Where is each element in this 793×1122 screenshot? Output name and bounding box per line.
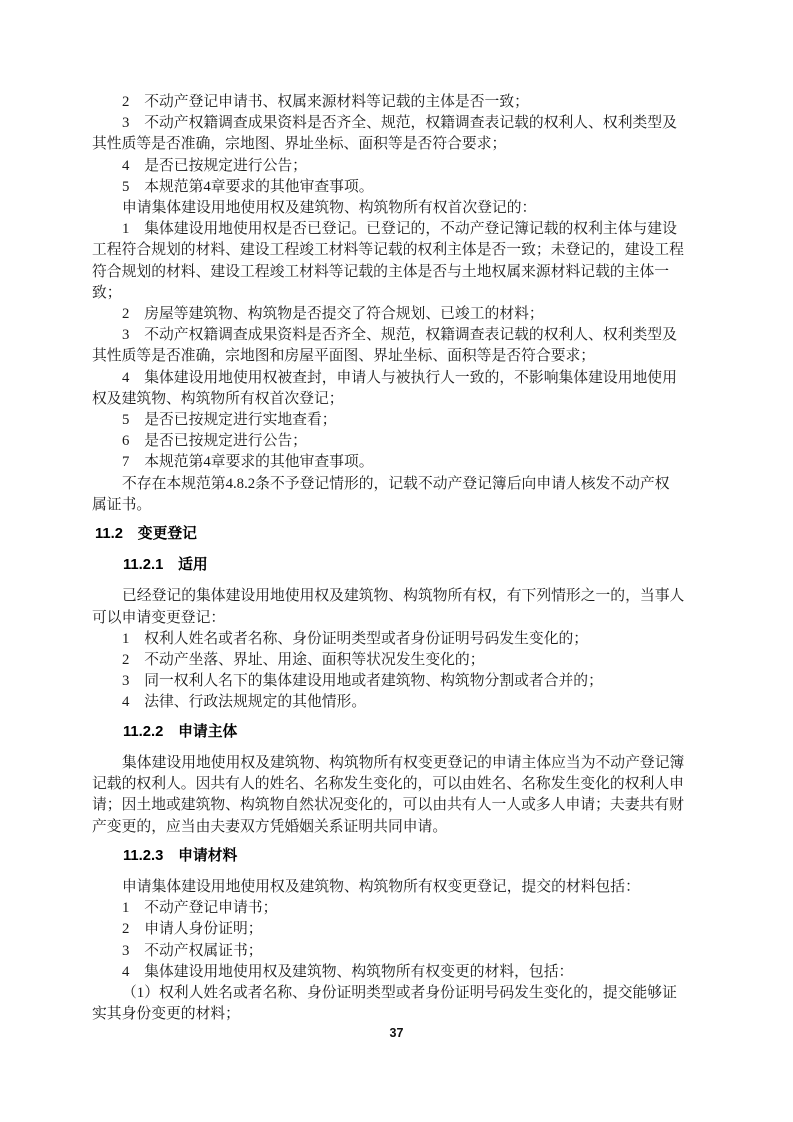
paragraph-line: 其性质等是否准确，宗地图、界址坐标、面积等是否符合要求； xyxy=(92,134,697,155)
paragraph-line: 请；因土地或建筑物、构筑物自然状况变化的，可以由共有人一人或多人申请；夫妻共有财 xyxy=(92,795,697,816)
paragraph-line: 申请集体建设用地使用权及建筑物、构筑物所有权变更登记，提交的材料包括： xyxy=(92,877,697,898)
paragraph-line: （1）权利人姓名或者名称、身份证明类型或者身份证明号码发生变化的，提交能够证 xyxy=(92,983,697,1004)
list-item-line: 1 集体建设用地使用权是否已登记。已登记的，不动产登记簿记载的权利主体与建设 xyxy=(92,219,697,240)
page-number: 37 xyxy=(0,1026,793,1040)
list-item-line: 4 法律、行政法规规定的其他情形。 xyxy=(92,692,697,713)
paragraph-line: 符合规划的材料、建设工程竣工材料等记载的主体是否与土地权属来源材料记载的主体一 xyxy=(92,262,697,283)
document-page: 2 不动产登记申请书、权属来源材料等记载的主体是否一致；3 不动产权籍调查成果资… xyxy=(0,0,793,1122)
list-item-line: 6 是否已按规定进行公告； xyxy=(92,431,697,452)
paragraph-line: 产变更的，应当由夫妻双方凭婚姻关系证明共同申请。 xyxy=(92,817,697,838)
list-item-line: 4 集体建设用地使用权及建筑物、构筑物所有权变更的材料，包括： xyxy=(92,962,697,983)
document-body: 2 不动产登记申请书、权属来源材料等记载的主体是否一致；3 不动产权籍调查成果资… xyxy=(92,92,697,1025)
paragraph-line: 工程符合规划的材料、建设工程竣工材料等记载的权利主体是否一致；未登记的，建设工程 xyxy=(92,240,697,261)
list-item-line: 4 是否已按规定进行公告； xyxy=(92,156,697,177)
list-item-line: 3 同一权利人名下的集体建设用地或者建筑物、构筑物分割或者合并的； xyxy=(92,671,697,692)
paragraph-line: 致； xyxy=(92,283,697,304)
paragraph-line: 不存在本规范第4.8.2条不予登记情形的，记载不动产登记簿后向申请人核发不动产权 xyxy=(92,474,697,495)
list-item-line: 2 不动产登记申请书、权属来源材料等记载的主体是否一致； xyxy=(92,92,697,113)
list-item-line: 3 不动产权籍调查成果资料是否齐全、规范，权籍调查表记载的权利人、权利类型及 xyxy=(92,325,697,346)
list-item-line: 7 本规范第4章要求的其他审查事项。 xyxy=(92,452,697,473)
paragraph-line: 申请集体建设用地使用权及建筑物、构筑物所有权首次登记的： xyxy=(92,198,697,219)
list-item-line: 2 申请人身份证明； xyxy=(92,919,697,940)
paragraph-line: 集体建设用地使用权及建筑物、构筑物所有权变更登记的申请主体应当为不动产登记簿 xyxy=(92,753,697,774)
paragraph-line: 属证书。 xyxy=(92,495,697,516)
list-item-line: 3 不动产权属证书； xyxy=(92,941,697,962)
list-item-line: 4 集体建设用地使用权被查封，申请人与被执行人一致的，不影响集体建设用地使用 xyxy=(92,368,697,389)
list-item-line: 3 不动产权籍调查成果资料是否齐全、规范，权籍调查表记载的权利人、权利类型及 xyxy=(92,113,697,134)
paragraph-line: 权及建筑物、构筑物所有权首次登记； xyxy=(92,389,697,410)
subsection-heading: 11.2.3 申请材料 xyxy=(92,846,697,867)
paragraph-line: 已经登记的集体建设用地使用权及建筑物、构筑物所有权，有下列情形之一的，当事人 xyxy=(92,586,697,607)
paragraph-line: 其性质等是否准确，宗地图和房屋平面图、界址坐标、面积等是否符合要求； xyxy=(92,346,697,367)
subsection-heading: 11.2.2 申请主体 xyxy=(92,722,697,743)
section-heading: 11.2 变更登记 xyxy=(92,524,697,545)
list-item-line: 5 本规范第4章要求的其他审查事项。 xyxy=(92,177,697,198)
list-item-line: 2 房屋等建筑物、构筑物是否提交了符合规划、已竣工的材料； xyxy=(92,304,697,325)
paragraph-line: 实其身份变更的材料； xyxy=(92,1004,697,1025)
subsection-heading: 11.2.1 适用 xyxy=(92,555,697,576)
list-item-line: 2 不动产坐落、界址、用途、面积等状况发生变化的； xyxy=(92,650,697,671)
list-item-line: 1 权利人姓名或者名称、身份证明类型或者身份证明号码发生变化的； xyxy=(92,629,697,650)
paragraph-line: 可以申请变更登记： xyxy=(92,608,697,629)
list-item-line: 1 不动产登记申请书； xyxy=(92,898,697,919)
paragraph-line: 记载的权利人。因共有人的姓名、名称发生变化的，可以由姓名、名称发生变化的权利人申 xyxy=(92,774,697,795)
list-item-line: 5 是否已按规定进行实地查看； xyxy=(92,410,697,431)
